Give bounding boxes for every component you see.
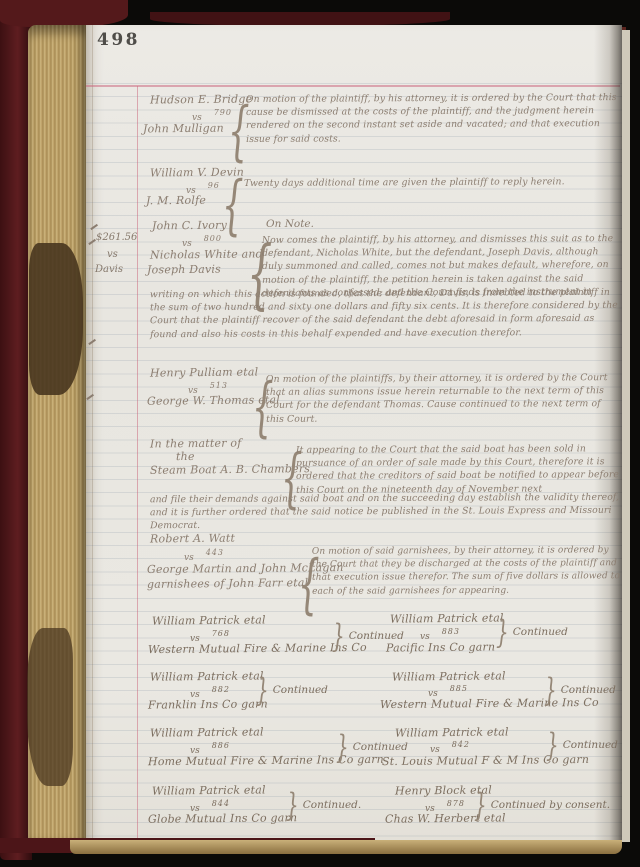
book-cover-top-strip [150, 12, 450, 26]
page-right-curl [594, 25, 622, 845]
entry-body: On motion of the plaintiff, by his attor… [246, 91, 618, 146]
vs-case-number: vs883 [420, 627, 460, 642]
matter-line-2: the [176, 450, 195, 463]
plaintiff-name: William Patrick etal [392, 669, 506, 683]
defendant-name-2: Joseph Davis [147, 263, 221, 277]
brace-mark: } [336, 728, 349, 766]
case-number: 768 [212, 629, 230, 638]
case-number: 844 [212, 799, 230, 808]
plaintiff-name: William Patrick etal [395, 725, 509, 739]
brace-mark: } [546, 726, 559, 764]
status-label: Continued [273, 684, 328, 696]
brace-mark: } [286, 786, 299, 824]
case-number: 842 [452, 740, 470, 749]
ledger-photo: 498 Hudson E. Bridge vs790 John Mulligan… [0, 0, 640, 867]
case-number: 800 [204, 234, 222, 243]
edge-stain-lower [27, 628, 73, 786]
plaintiff-name: William Patrick etal [390, 611, 504, 625]
plaintiff-name: Henry Pulliam etal [150, 365, 258, 379]
plaintiff-name: William Patrick etal [152, 783, 266, 797]
continued-status: }Continued [546, 733, 618, 757]
continued-status: }Continued [544, 678, 616, 702]
plaintiff-name: William Patrick etal [152, 613, 266, 627]
status-label: Continued [563, 739, 618, 751]
plaintiff-name: William Patrick etal [150, 725, 264, 739]
plaintiff-name: John C. Ivory [152, 219, 227, 233]
case-number: 513 [210, 381, 228, 390]
status-label: Continued. [303, 799, 362, 811]
case-number: 885 [450, 684, 468, 693]
entry-heading: On Note. [266, 218, 314, 230]
page-edges-bottom [70, 840, 622, 854]
entry-body: It appearing to the Court that the said … [296, 442, 620, 497]
defendant-name: John Mulligan [143, 122, 224, 136]
margin-amount: $261.56 [96, 232, 137, 243]
matter-line-1: In the matter of [150, 437, 242, 451]
brace-mark: } [332, 617, 345, 655]
status-label: Continued by consent. [491, 799, 610, 811]
entry-body-continued: and file their demands against said boat… [150, 491, 620, 533]
entry-body: On motion of said garnishees, by their a… [312, 544, 620, 598]
page-number: 498 [97, 30, 140, 50]
status-label: Continued [349, 630, 404, 642]
entry-body-continued: writing on which this action is founded,… [150, 286, 620, 341]
defendant-name: J. M. Rolfe [146, 194, 206, 208]
next-page-sliver [622, 30, 630, 842]
defendant-name: Pacific Ins Co garn [386, 640, 495, 654]
margin-defendant: Davis [95, 264, 123, 275]
book-cover-top-corner [0, 0, 128, 27]
margin-vs: vs [107, 249, 118, 260]
status-label: Continued [513, 626, 568, 638]
plaintiff-name: Robert A. Watt [150, 532, 235, 546]
edge-stain-upper [29, 243, 83, 395]
case-number: 883 [442, 627, 460, 636]
vs-case-number: vs443 [184, 548, 224, 563]
case-number: 878 [447, 799, 465, 808]
brace-mark: } [256, 671, 269, 709]
continued-status: }Continued [496, 620, 568, 644]
vs-case-number: vs842 [430, 740, 470, 755]
status-label: Continued [353, 741, 408, 753]
case-number: 443 [206, 548, 224, 557]
defendant-name-2: garnishees of John Farr etal [147, 576, 308, 591]
brace-mark: } [496, 613, 509, 651]
left-margin-rule [137, 86, 138, 842]
defendant-name: Nicholas White and [150, 247, 263, 261]
entry-body: Twenty days additional time are given th… [244, 175, 616, 190]
defendant-name: Globe Mutual Ins Co garn [148, 811, 297, 826]
brace-mark: { [222, 168, 244, 244]
case-number: 882 [212, 685, 230, 694]
defendant-name: Franklin Ins Co garn [148, 697, 268, 711]
page-left-crease [92, 25, 93, 843]
vs-case-number: vs800 [182, 234, 222, 249]
status-label: Continued [561, 684, 616, 696]
brace-mark: } [474, 786, 487, 824]
continued-status: }Continued. [286, 793, 361, 817]
top-margin-rule [86, 85, 620, 87]
case-number: 886 [212, 741, 230, 750]
brace-mark: } [544, 671, 557, 709]
continued-status: }Continued [256, 678, 328, 702]
case-number: 96 [208, 181, 220, 190]
record-page [86, 25, 622, 845]
vs-label: vs [184, 553, 194, 563]
continued-status: }Continued by consent. [474, 793, 610, 817]
entry-body: On motion of the plaintiffs, by their at… [266, 371, 618, 426]
plaintiff-name: William Patrick etal [150, 669, 264, 683]
